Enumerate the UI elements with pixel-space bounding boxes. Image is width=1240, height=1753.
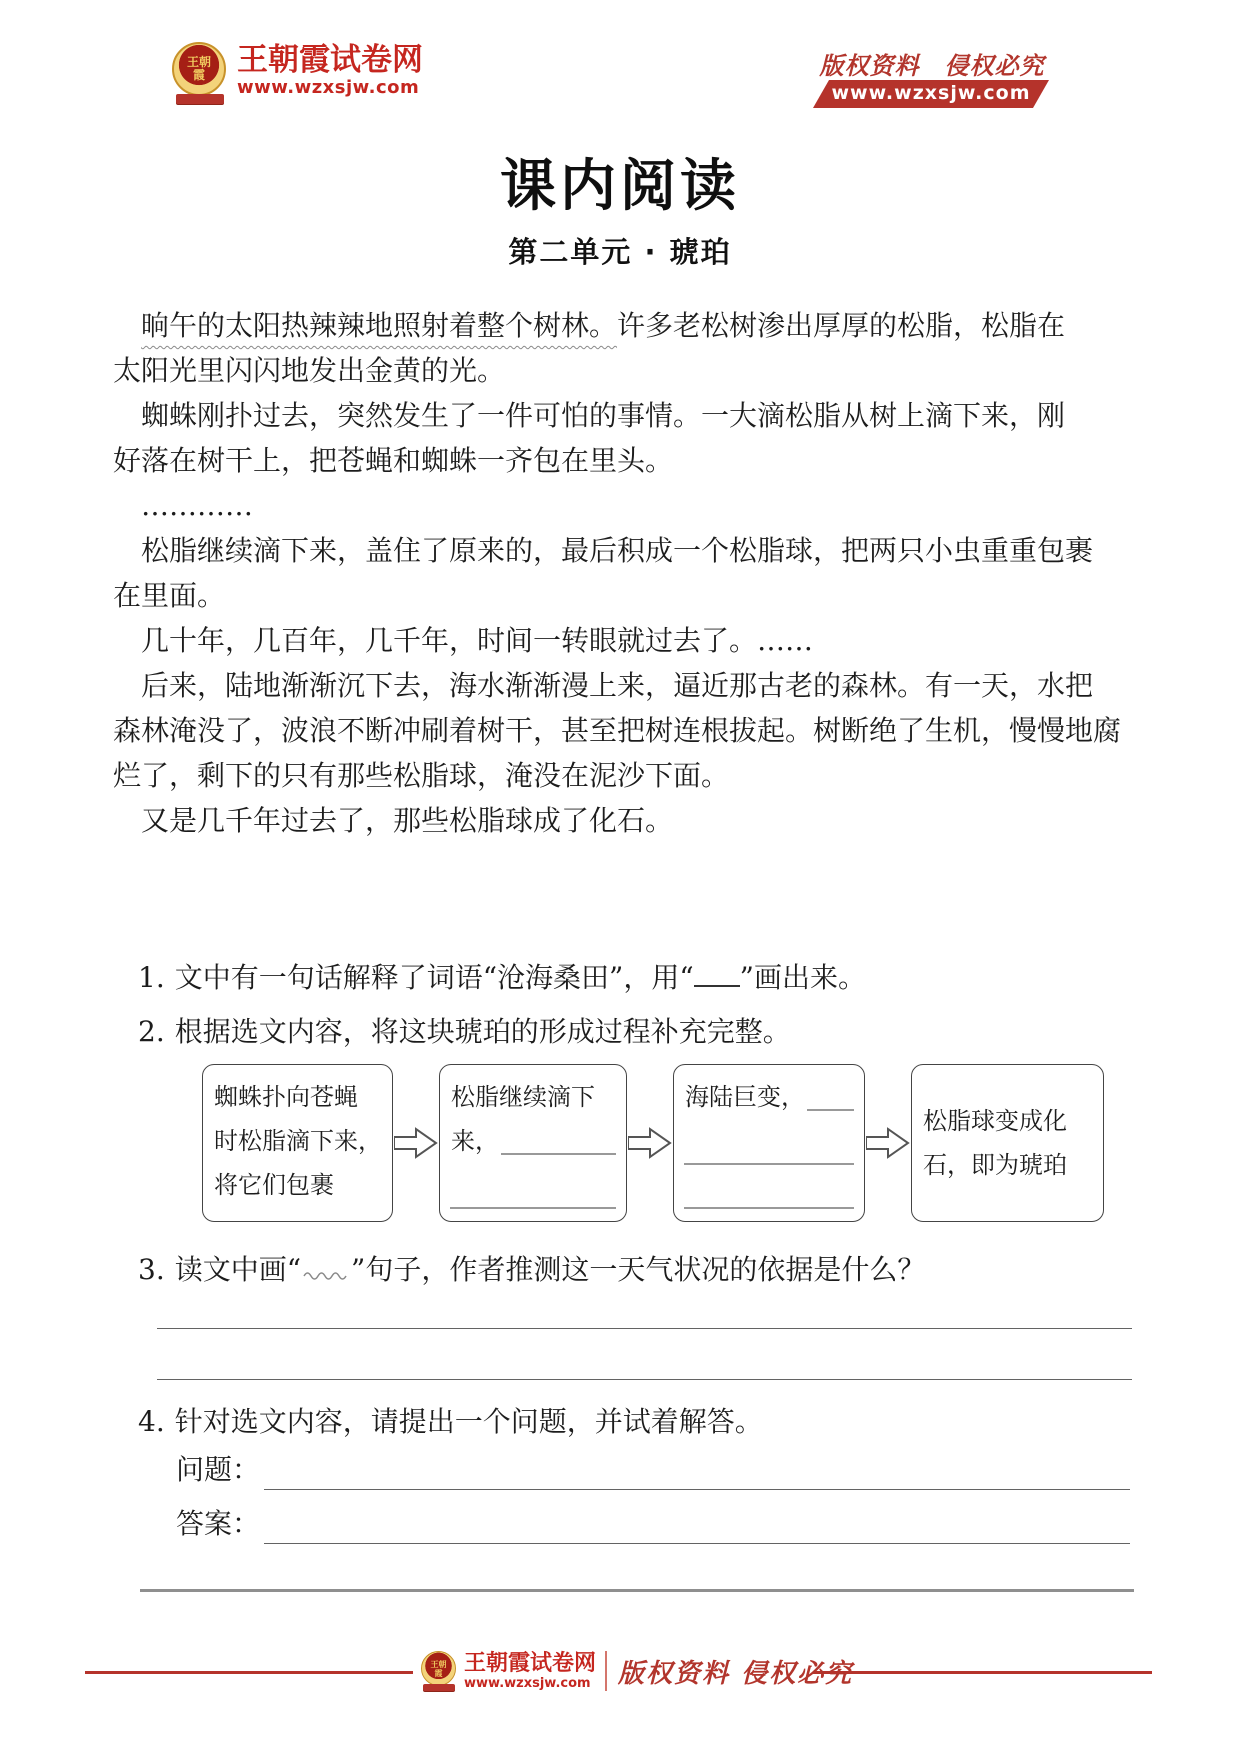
flowchart-box-3-inline-blank xyxy=(807,1075,854,1111)
answer-answer-line xyxy=(264,1510,1130,1544)
question-1: 1.文中有一句话解释了词语“沧海桑田”，用“”画出来。 xyxy=(138,958,1132,998)
seal-ribbon xyxy=(176,94,224,104)
question-4-number: 4. xyxy=(138,1402,165,1442)
footer-site-name: 王朝霞试卷网 xyxy=(464,1651,596,1676)
question-answer-line xyxy=(264,1456,1130,1490)
question-4-answer-row: 答案： xyxy=(176,1504,1130,1544)
worksheet-page: 王朝霞 王朝霞试卷网 www.wzxsjw.com 版权资料 侵权必究 www.… xyxy=(0,0,1240,1753)
question-3-text-pre: 读文中画“ xyxy=(175,1253,301,1286)
passage-ellipsis: ………… xyxy=(113,483,1131,528)
question-2: 2.根据选文内容，将这块琥珀的形成过程补充完整。 xyxy=(138,1012,1132,1052)
flowchart-box-2: 松脂继续滴下 来， xyxy=(439,1064,627,1222)
passage-paragraph-7: 又是几千年过去了，那些松脂球成了化石。 xyxy=(113,798,1131,843)
question-1-blank xyxy=(694,963,740,987)
site-name: 王朝霞试卷网 xyxy=(237,42,423,78)
flowchart-box-2-line1: 松脂继续滴下 xyxy=(451,1075,616,1119)
flowchart-box-2-inline-blank xyxy=(501,1119,616,1155)
brand-seal-icon: 王朝霞 xyxy=(172,42,228,104)
question-3-number: 3. xyxy=(138,1250,165,1290)
passage-paragraph-1: 晌午的太阳热辣辣地照射着整个树林。许多老松树渗出厚厚的松脂，松脂在 太阳光里闪闪… xyxy=(113,303,1131,393)
passage-paragraph-2: 蜘蛛刚扑过去，突然发生了一件可怕的事情。一大滴松脂从树上滴下来，刚 好落在树干上… xyxy=(113,393,1131,483)
footer-brand: 王朝霞 王朝霞试卷网 www.wzxsjw.com 版权资料 侵权必究 xyxy=(421,1651,853,1691)
brand-seal-icon: 王朝霞 xyxy=(421,1651,457,1691)
footer-rule-right xyxy=(813,1671,1152,1674)
page-footer: 王朝霞 王朝霞试卷网 www.wzxsjw.com 版权资料 侵权必究 xyxy=(0,1650,1240,1714)
brand-logo-text: 王朝霞试卷网 www.wzxsjw.com xyxy=(237,42,423,98)
url-banner: www.wzxsjw.com xyxy=(813,80,1049,108)
answer-line-2 xyxy=(157,1379,1132,1380)
copyright-notice: 版权资料 侵权必究 xyxy=(815,46,1049,81)
question-4-question-row: 问题： xyxy=(176,1450,1130,1490)
flowchart-box-2-line2-text: 来， xyxy=(451,1119,499,1163)
question-4: 4.针对选文内容，请提出一个问题，并试着解答。 xyxy=(138,1402,1132,1442)
arrow-right-icon xyxy=(627,1064,673,1222)
footer-brand-text: 王朝霞试卷网 www.wzxsjw.com xyxy=(464,1651,596,1691)
flowchart-box-4-text: 松脂球变成化 石，即为琥珀 xyxy=(923,1099,1093,1187)
flowchart-box-3-line1-text: 海陆巨变， xyxy=(685,1075,805,1119)
passage-paragraph-5: 几十年，几百年，几千年，时间一转眼就过去了。…… xyxy=(113,618,1131,663)
flowchart-box-1: 蜘蛛扑向苍蝇 时松脂滴下来， 将它们包裹 xyxy=(202,1064,393,1222)
seal-ring: 王朝霞 xyxy=(421,1651,456,1686)
seal-text: 王朝霞 xyxy=(428,1660,450,1678)
flowchart-box-3-line1: 海陆巨变， xyxy=(685,1075,854,1119)
bottom-answer-line xyxy=(140,1589,1134,1592)
page-subtitle: 第二单元 · 琥珀 xyxy=(0,230,1240,271)
wavy-line-icon xyxy=(303,1268,349,1280)
question-1-text-post: ”画出来。 xyxy=(740,961,866,994)
flowchart-box-2-blank-line xyxy=(450,1207,616,1209)
reading-passage: 晌午的太阳热辣辣地照射着整个树林。许多老松树渗出厚厚的松脂，松脂在 太阳光里闪闪… xyxy=(113,303,1131,843)
seal-text: 王朝霞 xyxy=(184,56,214,82)
question-3: 3.读文中画“”句子，作者推测这一天气状况的依据是什么？ xyxy=(138,1250,1132,1290)
seal-ring: 王朝霞 xyxy=(172,42,226,96)
question-label: 问题： xyxy=(176,1450,260,1490)
passage-paragraph-4: 松脂继续滴下来，盖住了原来的，最后积成一个松脂球，把两只小虫重重包裹 在里面。 xyxy=(113,528,1131,618)
seal-ribbon xyxy=(423,1684,455,1691)
page-title: 课内阅读 xyxy=(0,142,1240,222)
question-1-text-pre: 文中有一句话解释了词语“沧海桑田”，用“ xyxy=(175,961,694,994)
brand-logo: 王朝霞 王朝霞试卷网 www.wzxsjw.com xyxy=(172,42,423,104)
flowchart-box-1-text: 蜘蛛扑向苍蝇 时松脂滴下来， 将它们包裹 xyxy=(214,1075,382,1207)
footer-site-url: www.wzxsjw.com xyxy=(464,1676,596,1691)
answer-label: 答案： xyxy=(176,1504,260,1544)
flowchart-box-2-line2: 来， xyxy=(451,1119,616,1163)
flowchart-box-3-blank-line-1 xyxy=(684,1163,854,1165)
site-url: www.wzxsjw.com xyxy=(237,78,423,98)
arrow-right-icon xyxy=(393,1064,439,1222)
answer-line-1 xyxy=(157,1328,1132,1329)
question-4-text: 针对选文内容，请提出一个问题，并试着解答。 xyxy=(175,1405,763,1438)
flowchart-box-4: 松脂球变成化 石，即为琥珀 xyxy=(911,1064,1104,1222)
flowchart-box-3: 海陆巨变， xyxy=(673,1064,865,1222)
question-1-number: 1. xyxy=(138,958,165,998)
question-2-number: 2. xyxy=(138,1012,165,1052)
question-2-text: 根据选文内容，将这块琥珀的形成过程补充完整。 xyxy=(175,1015,791,1048)
footer-copyright: 版权资料 侵权必究 xyxy=(618,1653,853,1690)
footer-divider xyxy=(605,1651,607,1691)
footer-rule-left xyxy=(85,1671,413,1674)
wavy-underlined-sentence: 晌午的太阳热辣辣地照射着整个树林。 xyxy=(141,309,617,342)
amber-formation-flowchart: 蜘蛛扑向苍蝇 时松脂滴下来， 将它们包裹 松脂继续滴下 来， 海陆巨变， xyxy=(202,1064,1104,1222)
flowchart-box-3-blank-line-2 xyxy=(684,1207,854,1209)
arrow-right-icon xyxy=(865,1064,911,1222)
passage-paragraph-6: 后来，陆地渐渐沉下去，海水渐渐漫上来，逼近那古老的森林。有一天，水把 森林淹没了… xyxy=(113,663,1131,798)
question-3-text-post: ”句子，作者推测这一天气状况的依据是什么？ xyxy=(351,1253,925,1286)
